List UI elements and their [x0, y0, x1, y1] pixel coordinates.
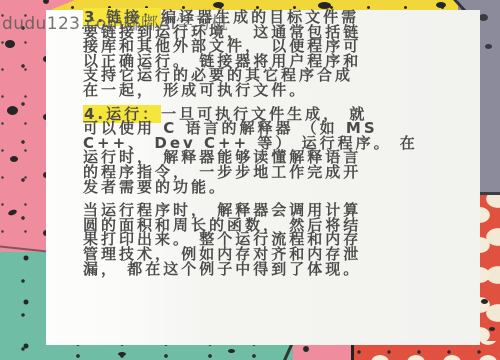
document-text: 3.链接：编译器生成的目标文件需要链接到运行环境， 这通常包括链接库和其他外部文…	[83, 10, 419, 285]
border-dot	[5, 40, 15, 48]
paragraph: 当运行程序时， 解释器会调用计算圆的面积和周长的函数， 然后将结果打印出来。 整…	[83, 203, 419, 276]
border-dot	[228, 349, 235, 353]
border-dot	[489, 327, 495, 331]
border-dot	[436, 2, 446, 8]
border-dot	[481, 299, 488, 304]
document-slide: 3.链接：编译器生成的目标文件需要链接到运行环境， 这通常包括链接库和其他外部文…	[0, 0, 500, 360]
watermark: dudu123.com嘟嘟AI学习机	[2, 9, 228, 34]
border-dot	[7, 209, 17, 217]
paragraph: 4.运行：一旦可执行文件生成， 就可以使用 C 语言的解释器 （如 MSC++、…	[83, 107, 419, 195]
border-dot	[118, 352, 126, 356]
border-teal-bottom	[38, 344, 293, 360]
border-dot	[10, 156, 18, 162]
border-dot	[485, 44, 492, 49]
border-dot	[479, 14, 488, 21]
border-dot	[7, 106, 18, 115]
section-label-highlight: 4.运行：	[83, 105, 161, 123]
